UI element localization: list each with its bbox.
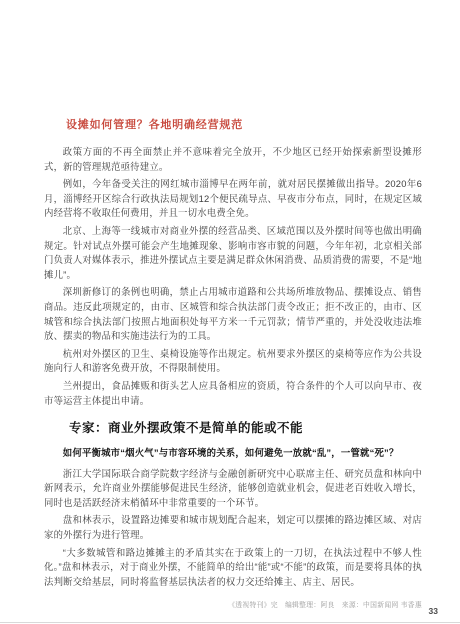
paragraph-policy-overview: 政策方面的不再全面禁止并不意味着完全放开，不少地区已经开始探索新型设摊形式，新的… xyxy=(44,145,422,174)
paragraph-hangzhou-rules: 杭州对外摆区的卫生、桌椅设施等作出规定。杭州要求外摆区的桌椅等应作为公共设施向行… xyxy=(44,347,422,376)
document-page: 设摊如何管理？各地明确经营规范 政策方面的不再全面禁止并不意味着完全放开，不少地… xyxy=(0,0,460,624)
paragraph-lanzhou-rules: 兰州提出，食品摊贩和街头艺人应具备相应的资质，符合条件的个人可以向早市、夜市等运… xyxy=(44,379,422,408)
paragraph-expert-planning: 盘和林表示，设置路边摊要和城市规划配合起来，划定可以摆摊的路边摊区域、对店家的外… xyxy=(44,513,422,542)
credit-line: 《透视特刊》完 编辑整理：阿良 来源：中国新闻网 韦香惠 xyxy=(44,601,422,610)
bottom-divider xyxy=(0,622,460,623)
paragraph-shenzhen-rules: 深圳新修订的条例也明确，禁止占用城市道路和公共场所堆放物品、摆摊设点、销售商品。… xyxy=(44,285,422,343)
page-number: 33 xyxy=(429,606,438,616)
paragraph-expert-quote: “大多数城管和路边摊摊主的矛盾其实在于政策上的一刀切，在执法过程中不够人性化。”… xyxy=(44,546,422,590)
section-heading-regulations: 设摊如何管理？各地明确经营规范 xyxy=(44,118,422,133)
paragraph-zibo-example: 例如，今年备受关注的网红城市淄博早在两年前，就对居民摆摊做出指导。2020年6月… xyxy=(44,177,422,221)
section-heading-expert: 专家：商业外摆政策不是简单的能或不能 xyxy=(44,420,422,437)
paragraph-expert-zhejiang: 浙江大学国际联合商学院数字经济与金融创新研究中心联席主任、研究员盘和林向中新网表… xyxy=(44,467,422,511)
paragraph-beijing-shanghai: 北京、上海等一线城市对商业外摆的经营品类、区域范围以及外摆时间等也做出明确规定。… xyxy=(44,224,422,282)
lead-question-paragraph: 如何平衡城市“烟火气”与市容环境的关系，如何避免一放就“乱”，一管就“死”？ xyxy=(44,446,422,461)
article-content: 设摊如何管理？各地明确经营规范 政策方面的不再全面禁止并不意味着完全放开，不少地… xyxy=(44,118,422,610)
